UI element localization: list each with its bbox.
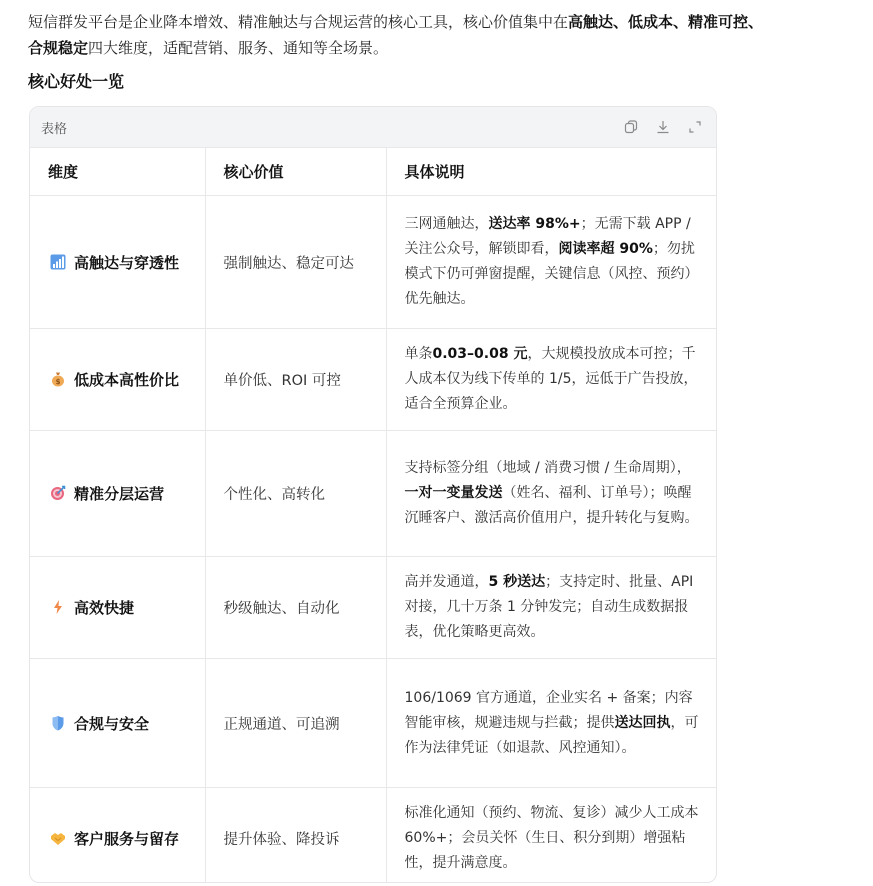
dimension-label: 精准分层运营	[74, 485, 164, 503]
table-row: 客户服务与留存 提升体验、降投诉 标准化通知（预约、物流、复诊）减少人工成本 6…	[30, 788, 716, 884]
target-icon	[50, 485, 66, 501]
detail-text: 支持标签分组（地域 / 消费习惯 / 生命周期），	[405, 460, 691, 476]
table-row: $低成本高性价比 单价低、ROI 可控 单条0.03–0.08 元，大规模投放成…	[30, 329, 716, 431]
dimension-cell: 高效快捷	[30, 557, 205, 659]
table-row: 高效快捷 秒级触达、自动化 高并发通道，5 秒送达；支持定时、批量、API 对接…	[30, 557, 716, 659]
detail-text: 高并发通道，	[405, 574, 489, 590]
bar-chart-icon	[50, 254, 66, 270]
table-header-row: 维度 核心价值 具体说明	[30, 148, 716, 196]
dimension-cell: 高触达与穿透性	[30, 196, 205, 329]
detail-bold: 送达回执	[615, 715, 671, 731]
column-header-dimension: 维度	[30, 148, 205, 196]
detail-bold: 0.03–0.08 元	[433, 346, 528, 362]
dimension-cell: 精准分层运营	[30, 431, 205, 557]
money-bag-icon: $	[50, 371, 66, 387]
detail-cell: 标准化通知（预约、物流、复诊）减少人工成本 60%+；会员关怀（生日、积分到期）…	[386, 788, 716, 884]
table-card-title: 表格	[41, 118, 67, 137]
table-card-header: 表格	[30, 107, 716, 148]
value-cell: 强制触达、稳定可达	[205, 196, 386, 329]
shield-icon	[50, 715, 66, 731]
detail-cell: 三网通触达，送达率 98%+；无需下载 APP / 关注公众号，解锁即看，阅读率…	[386, 196, 716, 329]
detail-cell: 单条0.03–0.08 元，大规模投放成本可控；千人成本仅为线下传单的 1/5，…	[386, 329, 716, 431]
svg-text:$: $	[56, 378, 61, 386]
table-card: 表格 维度 核心价值 具体说明 高触达与穿透性	[29, 106, 717, 883]
dimension-label: 高效快捷	[74, 599, 134, 617]
table-row: 合规与安全 正规通道、可追溯 106/1069 官方通道，企业实名 + 备案；内…	[30, 659, 716, 788]
intro-text-2: 四大维度，适配营销、服务、通知等全场景。	[88, 39, 388, 57]
table-toolbar	[622, 118, 704, 136]
column-header-value: 核心价值	[205, 148, 386, 196]
value-cell: 提升体验、降投诉	[205, 788, 386, 884]
detail-bold: 一对一变量发送	[405, 485, 503, 501]
value-cell: 单价低、ROI 可控	[205, 329, 386, 431]
handshake-icon	[50, 830, 66, 846]
dimension-cell: $低成本高性价比	[30, 329, 205, 431]
expand-icon[interactable]	[686, 118, 704, 136]
table-row: 精准分层运营 个性化、高转化 支持标签分组（地域 / 消费习惯 / 生命周期），…	[30, 431, 716, 557]
detail-cell: 106/1069 官方通道，企业实名 + 备案；内容智能审核，规避违规与拦截；提…	[386, 659, 716, 788]
detail-bold: 阅读率超 90%	[559, 241, 653, 257]
detail-text: 标准化通知（预约、物流、复诊）减少人工成本 60%+；会员关怀（生日、积分到期）…	[405, 805, 699, 871]
intro-text-1: 短信群发平台是企业降本增效、精准触达与合规运营的核心工具，核心价值集中在	[28, 13, 568, 31]
benefits-table: 维度 核心价值 具体说明 高触达与穿透性 强制触达、稳定可达 三网通触达，送达率…	[30, 148, 716, 883]
column-header-detail: 具体说明	[386, 148, 716, 196]
lightning-icon	[50, 599, 66, 615]
dimension-label: 高触达与穿透性	[74, 254, 179, 272]
detail-text: 单条	[405, 346, 433, 362]
detail-bold: 送达率 98%+	[489, 216, 581, 232]
value-cell: 个性化、高转化	[205, 431, 386, 557]
dimension-cell: 合规与安全	[30, 659, 205, 788]
download-icon[interactable]	[654, 118, 672, 136]
detail-cell: 支持标签分组（地域 / 消费习惯 / 生命周期），一对一变量发送（姓名、福利、订…	[386, 431, 716, 557]
intro-paragraph: 短信群发平台是企业降本增效、精准触达与合规运营的核心工具，核心价值集中在高触达、…	[28, 9, 828, 61]
section-title: 核心好处一览	[28, 70, 124, 94]
dimension-label: 低成本高性价比	[74, 371, 179, 389]
dimension-label: 客户服务与留存	[74, 830, 179, 848]
dimension-cell: 客户服务与留存	[30, 788, 205, 884]
copy-icon[interactable]	[622, 118, 640, 136]
detail-bold: 5 秒送达	[489, 574, 546, 590]
dimension-label: 合规与安全	[74, 715, 149, 733]
intro-bold-1: 高触达、低成本、精准可控、	[568, 13, 763, 31]
intro-bold-2: 合规稳定	[28, 39, 88, 57]
value-cell: 正规通道、可追溯	[205, 659, 386, 788]
detail-text: 三网通触达，	[405, 216, 489, 232]
value-cell: 秒级触达、自动化	[205, 557, 386, 659]
table-row: 高触达与穿透性 强制触达、稳定可达 三网通触达，送达率 98%+；无需下载 AP…	[30, 196, 716, 329]
detail-cell: 高并发通道，5 秒送达；支持定时、批量、API 对接，几十万条 1 分钟发完；自…	[386, 557, 716, 659]
